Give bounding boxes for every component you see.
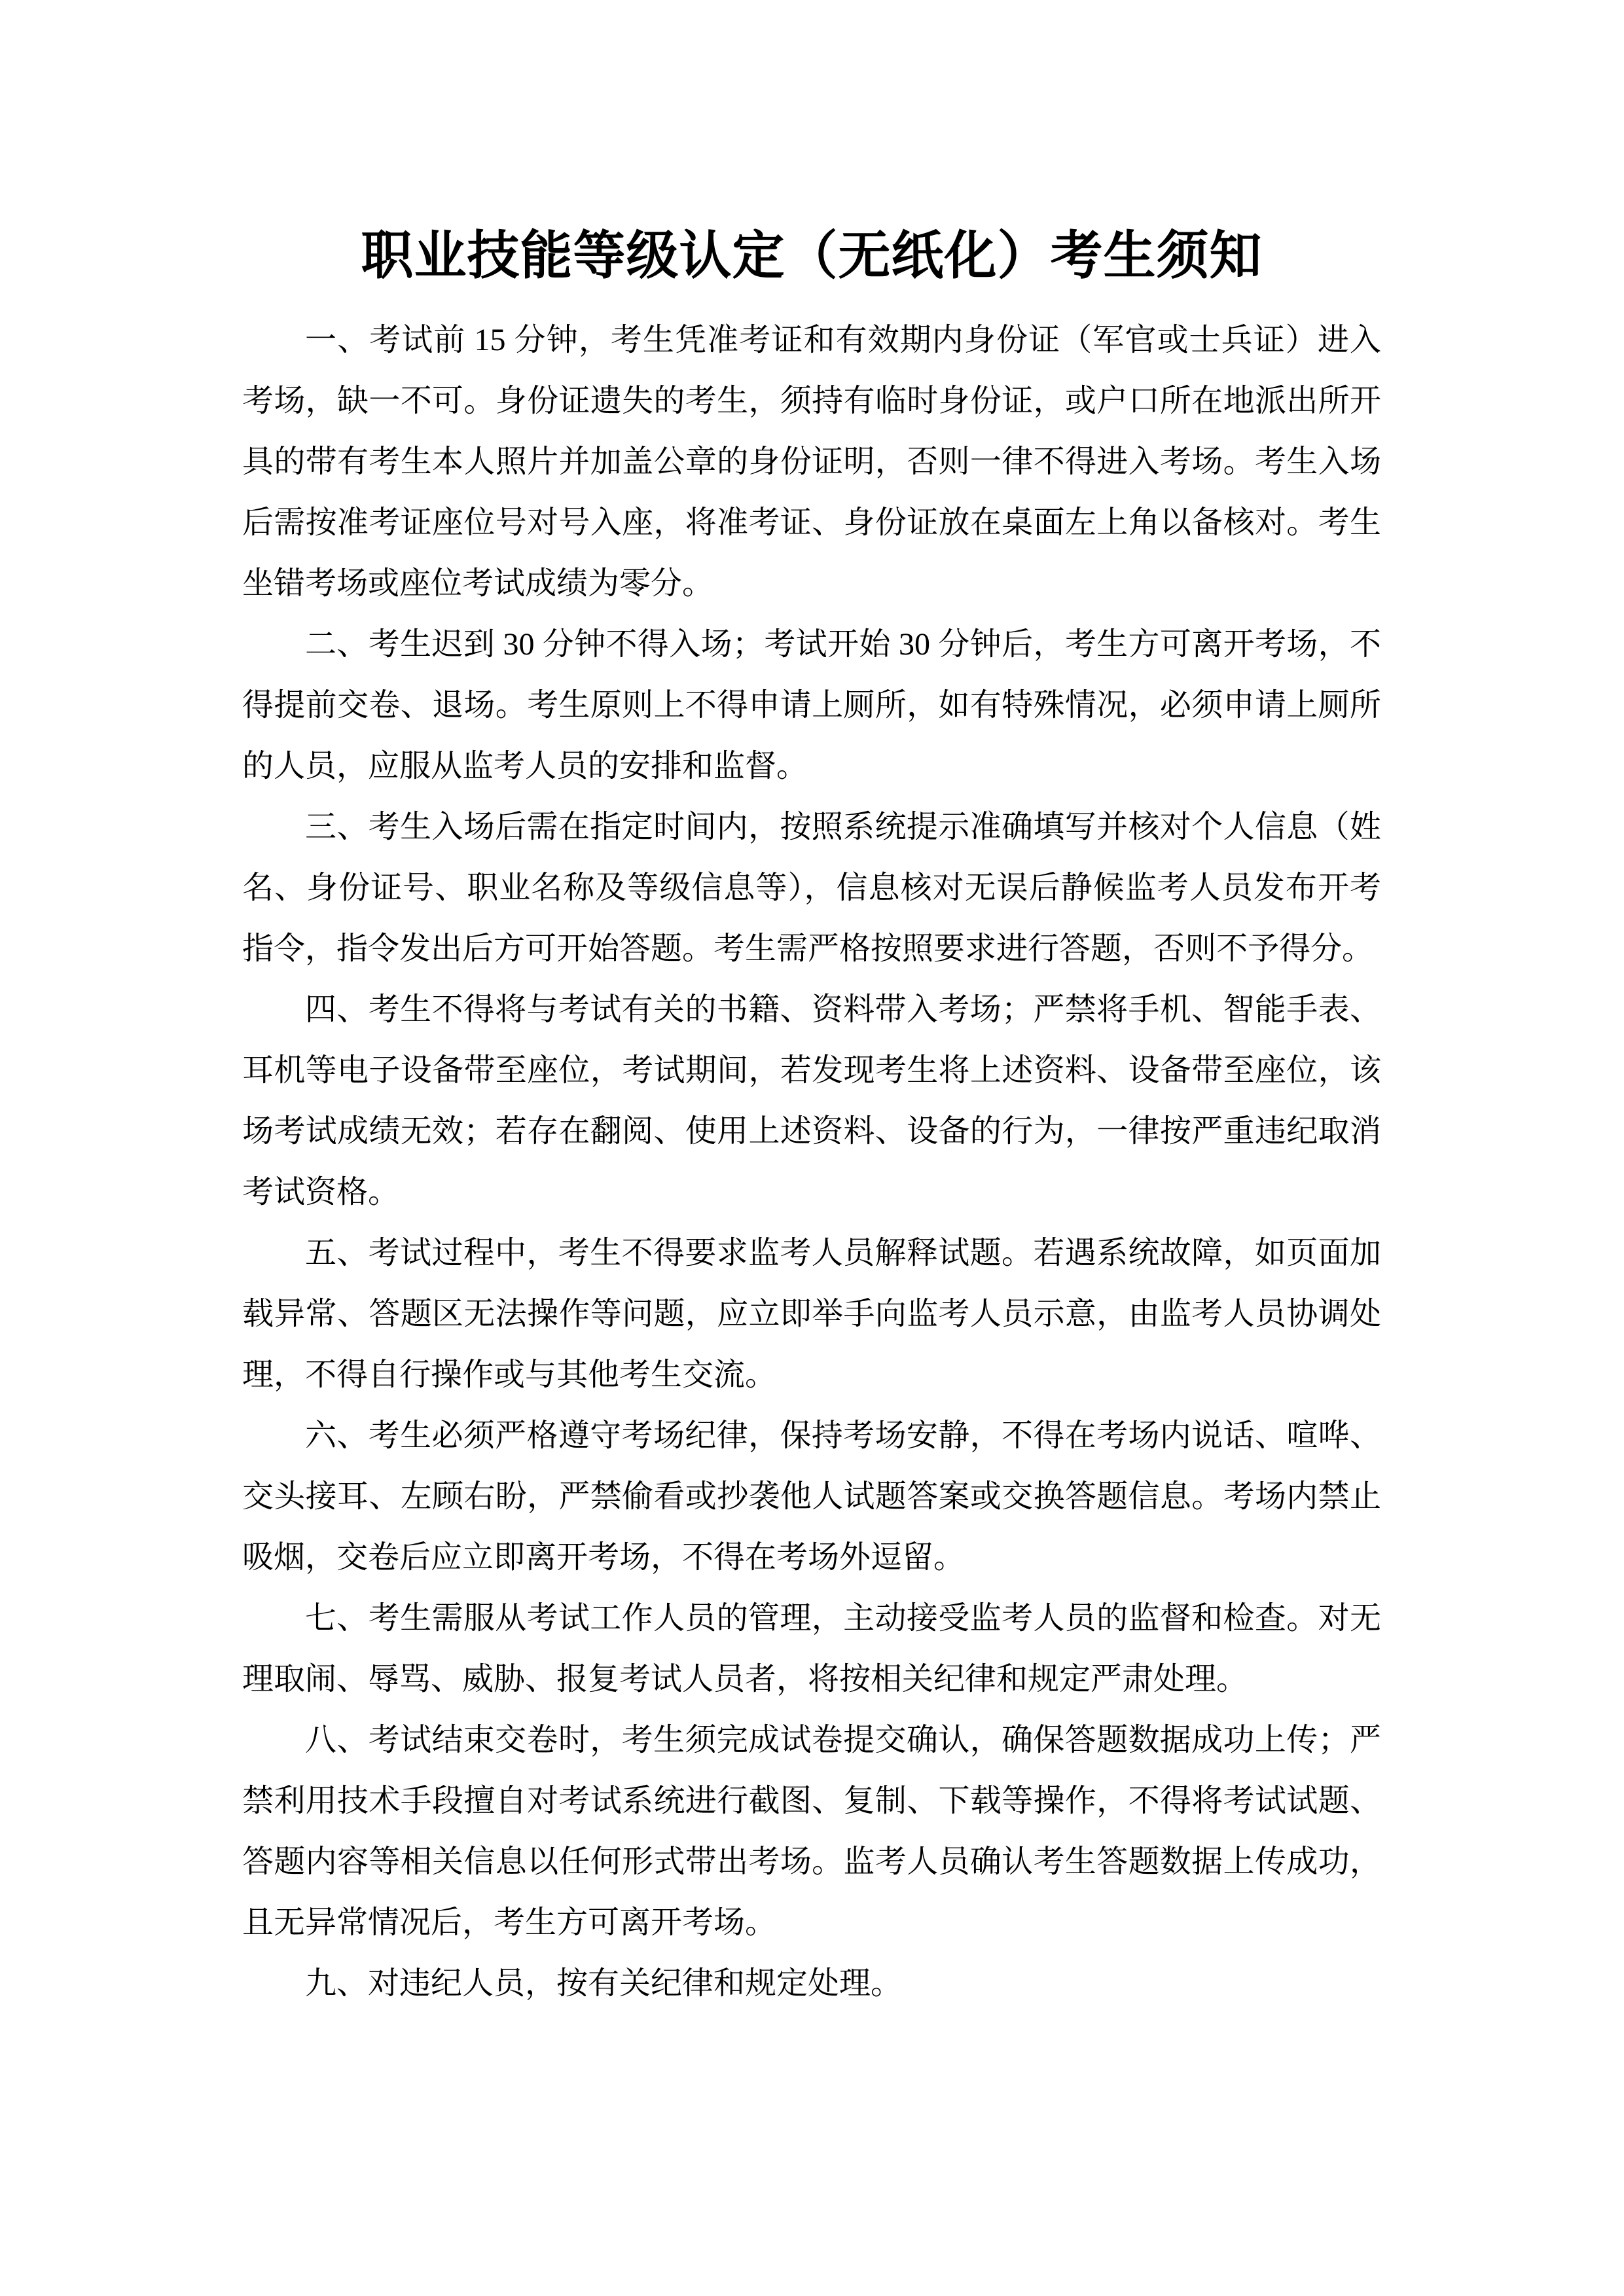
paragraph-1: 一、考试前 15 分钟，考生凭准考证和有效期内身份证（军官或士兵证）进入考场，缺… (242, 310, 1381, 614)
paragraph-2: 二、考生迟到 30 分钟不得入场；考试开始 30 分钟后，考生方可离开考场，不得… (242, 614, 1381, 797)
paragraph-8: 八、考试结束交卷时，考生须完成试卷提交确认，确保答题数据成功上传；严禁利用技术手… (242, 1710, 1381, 1953)
paragraph-7: 七、考生需服从考试工作人员的管理，主动接受监考人员的监督和检查。对无理取闹、辱骂… (242, 1588, 1381, 1710)
paragraph-5: 五、考试过程中，考生不得要求监考人员解释试题。若遇系统故障，如页面加载异常、答题… (242, 1223, 1381, 1405)
page: 职业技能等级认定（无纸化）考生须知 一、考试前 15 分钟，考生凭准考证和有效期… (0, 0, 1624, 2296)
document-title: 职业技能等级认定（无纸化）考生须知 (242, 216, 1381, 298)
paragraph-9: 九、对违纪人员，按有关纪律和规定处理。 (242, 1953, 1381, 2014)
paragraph-3: 三、考生入场后需在指定时间内，按照系统提示准确填写并核对个人信息（姓名、身份证号… (242, 797, 1381, 979)
document-body: 一、考试前 15 分钟，考生凭准考证和有效期内身份证（军官或士兵证）进入考场，缺… (242, 310, 1381, 2014)
paragraph-6: 六、考生必须严格遵守考场纪律，保持考场安静，不得在考场内说话、喧哗、交头接耳、左… (242, 1405, 1381, 1588)
paragraph-4: 四、考生不得将与考试有关的书籍、资料带入考场；严禁将手机、智能手表、耳机等电子设… (242, 979, 1381, 1223)
